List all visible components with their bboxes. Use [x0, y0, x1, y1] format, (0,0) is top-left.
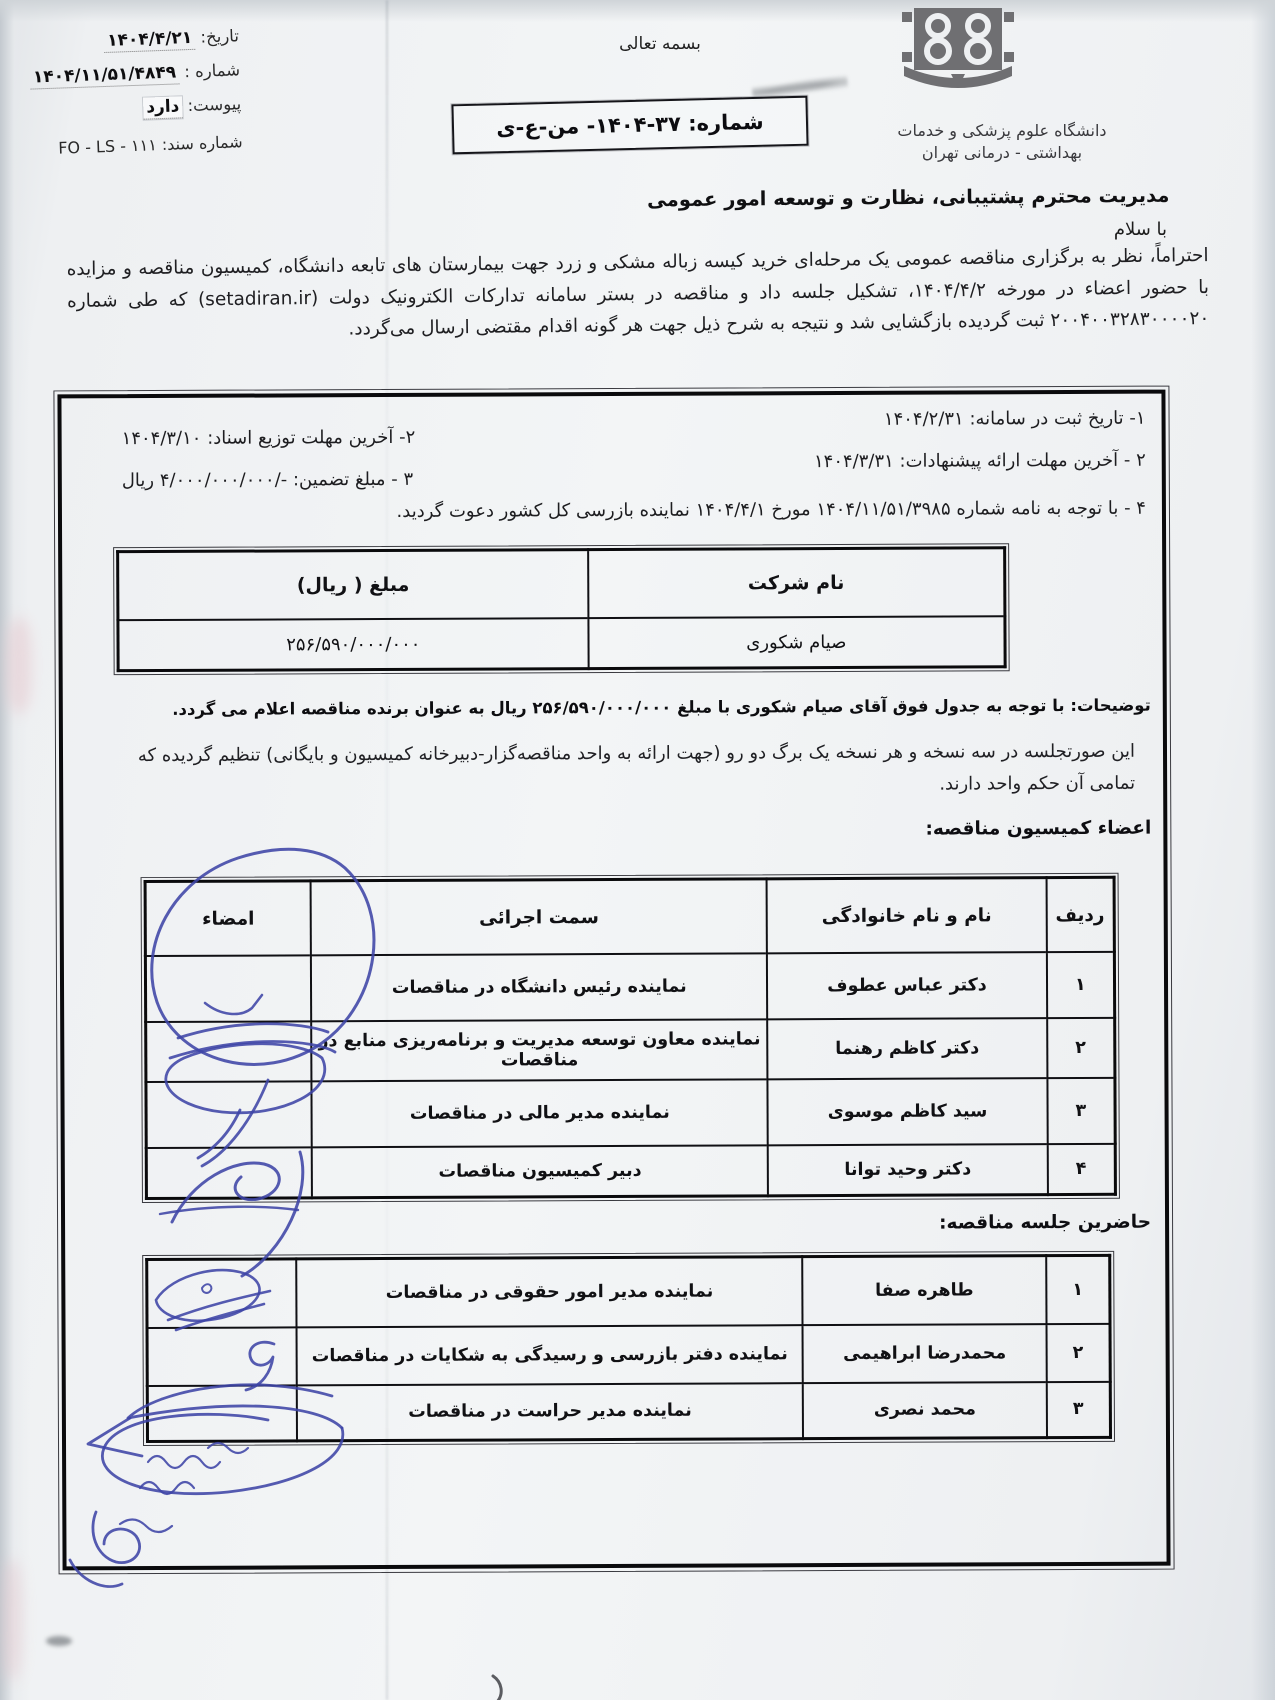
- attachment-field: پیوست: دارد: [26, 94, 242, 121]
- attachment-value: دارد: [143, 96, 183, 119]
- attendee-role: نماینده دفتر بازرسی و رسیدگی به شکایات د…: [296, 1325, 803, 1385]
- scan-stain: [2, 1560, 22, 1680]
- scan-edge-left: [0, 0, 30, 1700]
- member-row: ۳ سید کاظم موسوی نماینده مدیر مالی در من…: [146, 1078, 1115, 1148]
- attendee-role: نماینده مدیر حراست در مناقصات: [297, 1383, 804, 1441]
- copies-note: این صورتجلسه در سه نسخه و هر نسخه یک برگ…: [89, 736, 1135, 805]
- scan-edge-right: [1249, 0, 1275, 1700]
- detail-item-document-distribution-deadline: ۲- آخرین مهلت توزیع اسناد: ۱۴۰۴/۳/۱۰: [122, 427, 416, 449]
- member-number: ۳: [1047, 1078, 1115, 1144]
- date-label: تاریخ:: [200, 26, 239, 46]
- scan-edge-top: [0, 0, 1275, 26]
- attendee-signature-cell: [147, 1259, 297, 1328]
- letter-number-label: شماره :: [184, 60, 240, 81]
- university-logo-icon: [890, 2, 1026, 118]
- content-frame: ۱- تاریخ ثبت در سامانه: ۱۴۰۴/۲/۳۱ ۲- آخر…: [57, 390, 1170, 1571]
- member-signature-cell: [145, 955, 311, 1022]
- member-role: نماینده مدیر مالی در مناقصات: [312, 1079, 769, 1147]
- detail-item-registration-date: ۱- تاریخ ثبت در سامانه: ۱۴۰۴/۲/۳۱: [884, 408, 1146, 430]
- document-code-value: FO - LS - ۱۱۱: [58, 135, 157, 157]
- detail-item-guarantee-amount: ۳ - مبلغ تضمین: -/۴/۰۰۰/۰۰۰/۰۰۰ ریال: [122, 469, 413, 491]
- tender-reference-box: شماره: ۳۷-۱۴۰۴- من-ع-ی: [451, 96, 808, 155]
- ink-smudge: [46, 1636, 72, 1646]
- letter-number-value: ۱۴۰۴/۱۱/۵۱/۴۸۴۹: [30, 62, 180, 89]
- meeting-attendees-table: ۱ طاهره صفا نماینده مدیر امور حقوقی در م…: [145, 1254, 1112, 1443]
- bid-amount: ۲۵۶/۵۹۰/۰۰۰/۰۰۰: [118, 618, 588, 671]
- attendee-row: ۱ طاهره صفا نماینده مدیر امور حقوقی در م…: [147, 1255, 1110, 1327]
- salutation: با سلام: [1114, 219, 1167, 240]
- scan-stain: [6, 618, 32, 713]
- attendee-row: ۳ محمد نصری نماینده مدیر حراست در مناقصا…: [147, 1381, 1110, 1441]
- attendee-name: طاهره صفا: [803, 1256, 1047, 1325]
- bid-table-header-row: نام شرکت مبلغ ( ریال): [118, 548, 1005, 620]
- attendee-row: ۲ محمدرضا ابراهیمی نماینده دفتر بازرسی و…: [147, 1323, 1110, 1385]
- member-name: دکتر کاظم رهنما: [768, 1018, 1047, 1079]
- organization-name: دانشگاه علوم پزشکی و خدمات بهداشتی - درم…: [868, 120, 1136, 164]
- member-signature-cell: [146, 1147, 312, 1198]
- letter-body-paragraph: احتراماً، نظر به برگزاری مناقصه عمومی یک…: [66, 240, 1209, 348]
- member-role: نماینده رئیس دانشگاه در مناقصات: [311, 953, 768, 1021]
- remarks-winner-announcement: توضیحات: با توجه به جدول فوق آقای صیام ش…: [172, 696, 1151, 719]
- addressee-line: مدیریت محترم پشتیبانی، نظارت و توسعه امو…: [647, 184, 1170, 212]
- attendee-signature-cell: [147, 1327, 297, 1386]
- member-name: سید کاظم موسوی: [768, 1078, 1047, 1145]
- signature-header: امضاء: [145, 881, 311, 956]
- attendee-number: ۲: [1046, 1323, 1110, 1381]
- attendee-role: نماینده مدیر امور حقوقی در مناقصات: [296, 1257, 803, 1327]
- member-name: دکتر عباس عطوف: [767, 952, 1046, 1019]
- row-number-header: ردیف: [1046, 877, 1114, 952]
- member-row: ۲ دکتر کاظم رهنما نماینده معاون توسعه مد…: [146, 1018, 1115, 1082]
- bid-table-row: صیام شکوری ۲۵۶/۵۹۰/۰۰۰/۰۰۰: [118, 616, 1005, 670]
- scanned-tender-minutes-page: تاریخ: ۱۴۰۴/۴/۲۱ شماره : ۱۴۰۴/۱۱/۵۱/۴۸۴۹…: [0, 0, 1275, 1700]
- member-row: ۱ دکتر عباس عطوف نماینده رئیس دانشگاه در…: [145, 952, 1114, 1022]
- commission-members-table: ردیف نام و نام خانوادگی سمت اجرائی امضاء…: [144, 876, 1117, 1200]
- organization-name-line2: بهداشتی - درمانی تهران: [868, 142, 1136, 164]
- detail-item-inspector-invitation: ۴ - با توجه به نامه شماره ۱۴۰۴/۱۱/۵۱/۳۹۸…: [396, 498, 1146, 522]
- member-name: دکتر وحید توانا: [768, 1144, 1047, 1195]
- letterhead-reference-block: تاریخ: ۱۴۰۴/۴/۲۱ شماره : ۱۴۰۴/۱۱/۵۱/۴۸۴۹…: [24, 26, 244, 172]
- member-role: نماینده معاون توسعه مدیریت و برنامه‌ریزی…: [311, 1019, 768, 1081]
- date-value: ۱۴۰۴/۴/۲۱: [104, 28, 196, 53]
- document-code-label: شماره سند:: [162, 132, 243, 154]
- member-role: دبیر کمیسیون مناقصات: [312, 1145, 769, 1197]
- executive-position-header: سمت اجرائی: [311, 879, 768, 955]
- member-signature-cell: [146, 1021, 312, 1082]
- member-number: ۱: [1046, 952, 1114, 1018]
- company-column-header: نام شرکت: [588, 548, 1005, 618]
- amount-column-header: مبلغ ( ریال): [118, 550, 588, 621]
- attachment-label: پیوست:: [187, 94, 241, 115]
- full-name-header: نام و نام خانوادگی: [767, 878, 1046, 954]
- member-signature-cell: [146, 1081, 312, 1148]
- date-field: تاریخ: ۱۴۰۴/۴/۲۱: [24, 26, 240, 53]
- attendee-name: محمدرضا ابراهیمی: [803, 1324, 1047, 1383]
- attendee-name: محمد نصری: [803, 1382, 1047, 1439]
- member-number: ۲: [1047, 1018, 1115, 1078]
- members-section-heading: اعضاء کمیسیون مناقصه:: [925, 818, 1151, 840]
- scan-mark: [493, 1676, 501, 1700]
- member-number: ۴: [1047, 1144, 1115, 1194]
- document-code-field: شماره سند: FO - LS - ۱۱۱: [27, 132, 243, 158]
- attendees-section-heading: حاضرین جلسه مناقصه:: [939, 1212, 1151, 1234]
- members-table-header-row: ردیف نام و نام خانوادگی سمت اجرائی امضاء: [145, 877, 1114, 956]
- letter-number-field: شماره : ۱۴۰۴/۱۱/۵۱/۴۸۴۹: [25, 60, 241, 87]
- member-row: ۴ دکتر وحید توانا دبیر کمیسیون مناقصات: [146, 1144, 1115, 1198]
- bid-table: نام شرکت مبلغ ( ریال) صیام شکوری ۲۵۶/۵۹۰…: [116, 546, 1007, 672]
- bismillah-text: بسمه تعالی: [575, 34, 745, 54]
- attendee-number: ۳: [1046, 1381, 1110, 1437]
- attendee-signature-cell: [147, 1385, 297, 1442]
- organization-name-line1: دانشگاه علوم پزشکی و خدمات: [868, 120, 1136, 142]
- detail-item-proposal-deadline: ۲ - آخرین مهلت ارائه پیشنهادات: ۱۴۰۴/۳/۳…: [814, 450, 1146, 472]
- bidder-name: صیام شکوری: [588, 616, 1005, 668]
- attendee-number: ۱: [1046, 1255, 1110, 1323]
